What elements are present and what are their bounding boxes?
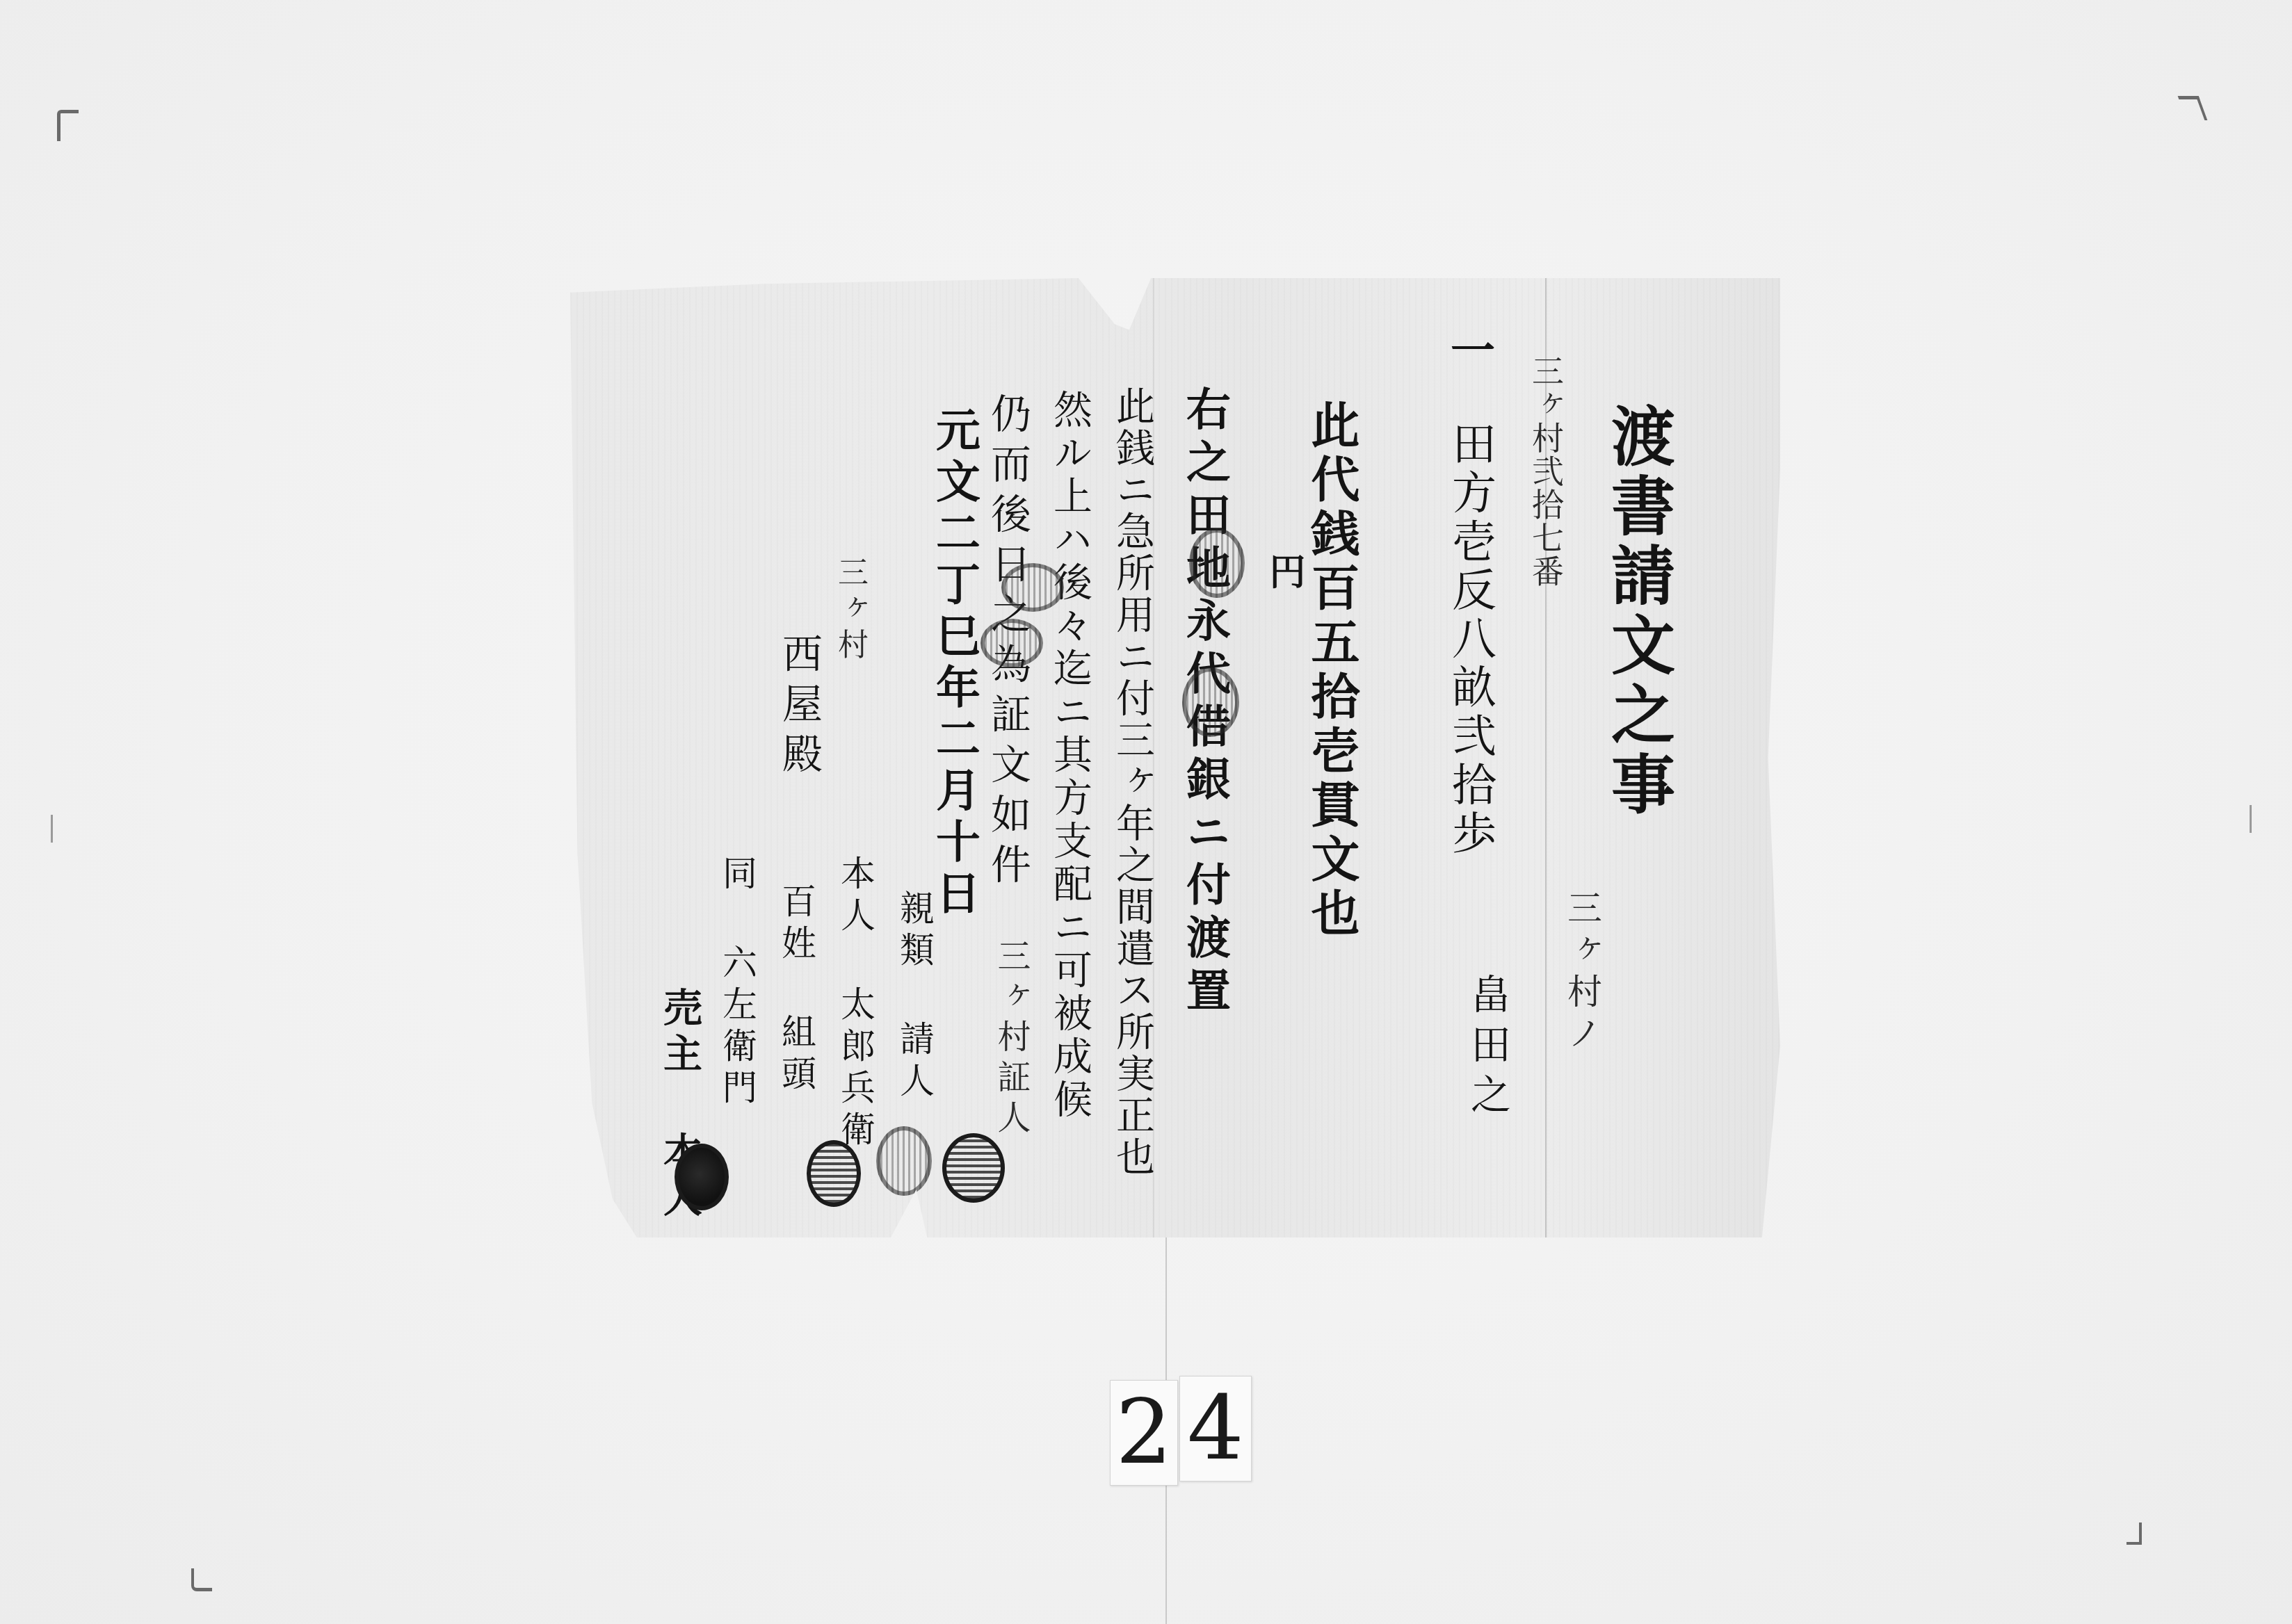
seal-stamp bbox=[1189, 528, 1245, 598]
seal-stamp bbox=[1182, 667, 1239, 737]
edge-tick-right bbox=[2250, 805, 2252, 833]
crop-mark-top-left bbox=[57, 110, 79, 141]
heading-note: 三ヶ村弐拾七番 bbox=[1530, 355, 1562, 588]
signatory-line: 親類 請人 bbox=[897, 890, 932, 1104]
body-column: 此銭ニ急所用ニ付三ヶ年之間遣ス所実正也 bbox=[1113, 386, 1152, 1178]
page-number-digit: 4 bbox=[1179, 1376, 1252, 1481]
seal-stamp bbox=[876, 1126, 932, 1196]
signatory-line: 同 六左衛門 bbox=[720, 855, 754, 1111]
manuscript-sheet: 渡書請文之事 三ヶ村弐拾七番 一 田方壱反八畝弐拾歩 此代銭百五拾壱貫文也 三ヶ… bbox=[570, 278, 1780, 1237]
crop-mark-bottom-left bbox=[191, 1568, 212, 1591]
document-title: 渡書請文之事 bbox=[1606, 403, 1670, 820]
seal-stamp bbox=[942, 1133, 1005, 1203]
body-column: 然ル上ハ後々迄ニ其方支配ニ可被成候 bbox=[1050, 389, 1089, 1122]
unit-mark: 円 bbox=[1266, 553, 1302, 589]
page-number-tag: 2 4 bbox=[1110, 1380, 1252, 1486]
seal-stamp bbox=[1001, 563, 1064, 612]
addressee-name: 西屋殿 bbox=[779, 633, 819, 783]
seal-stamp bbox=[980, 619, 1043, 667]
signatory-line: 百姓 組頭 bbox=[779, 883, 814, 1097]
crop-mark-bottom-right bbox=[2126, 1522, 2142, 1545]
right-signatory-village: 三ヶ村ノ bbox=[1565, 890, 1599, 1057]
price-line: 此代銭百五拾壱貫文也 bbox=[1307, 400, 1356, 942]
item-marker: 一 bbox=[1446, 327, 1491, 371]
document-date: 元文二丁巳年二月十日 bbox=[932, 407, 976, 921]
seal-stamp bbox=[675, 1144, 729, 1210]
page-number-digit: 2 bbox=[1110, 1380, 1178, 1486]
seal-stamp bbox=[807, 1140, 861, 1207]
land-description: 田方壱反八畝弐拾歩 bbox=[1448, 421, 1492, 859]
crop-mark-top-right bbox=[2178, 96, 2208, 120]
edge-tick-left bbox=[51, 815, 53, 843]
signatory-line: 本人 太郎兵衛 bbox=[838, 855, 873, 1153]
witness-note: 三ヶ村証人 bbox=[994, 939, 1028, 1140]
addressee-village: 三ヶ村 bbox=[834, 556, 865, 665]
right-signatory-name: 畠田之 bbox=[1467, 973, 1508, 1123]
